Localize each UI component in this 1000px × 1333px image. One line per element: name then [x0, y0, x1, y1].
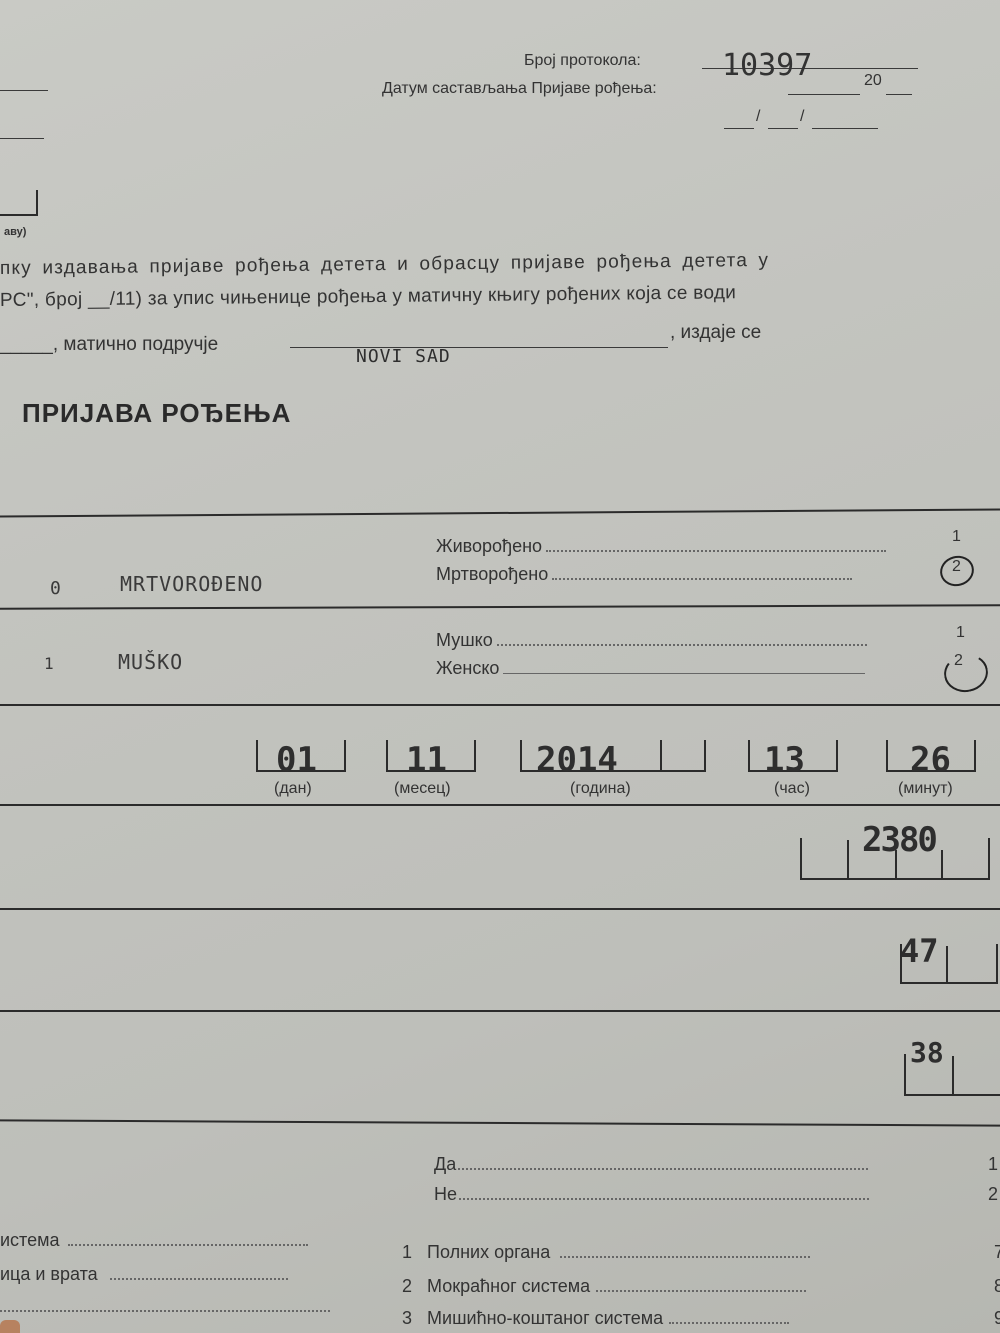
- divider-3: [0, 704, 1000, 706]
- day-value: 01: [276, 740, 317, 780]
- option-zivorodjeno[interactable]: Живорођено: [436, 536, 886, 557]
- weight-value: 2380: [862, 820, 936, 860]
- left-blank-line-2: [0, 138, 44, 139]
- month-label: (месец): [394, 780, 451, 798]
- date-slash-1: /: [756, 108, 760, 126]
- left-blank-line-1: [0, 90, 48, 91]
- intro-line-2: РС", број __/11) за упис чињенице рођења…: [0, 282, 736, 312]
- intro-line-3-prefix: _____, матично подручје: [0, 334, 218, 356]
- minute-label: (минут): [898, 780, 953, 798]
- protocol-label: Број протокола:: [524, 52, 641, 70]
- anomaly-right-2-code: 8: [994, 1276, 1000, 1297]
- gestation-cell-sep: [952, 1056, 954, 1094]
- option-zensko[interactable]: Женско: [436, 658, 865, 679]
- protocol-number: 10397: [722, 48, 812, 83]
- option-zivorodjeno-code: 1: [952, 528, 961, 546]
- day-label: (дан): [274, 780, 312, 798]
- hour-label: (час): [774, 780, 810, 798]
- birth-status-code: 0: [50, 578, 62, 599]
- option-musko[interactable]: Мушко: [436, 630, 867, 651]
- anomaly-left-3[interactable]: [0, 1296, 330, 1317]
- minute-value: 26: [910, 740, 951, 780]
- option-ne[interactable]: Не: [434, 1184, 869, 1205]
- intro-line-1: пку издавања пријаве рођења детета и обр…: [0, 250, 769, 280]
- month-value: 11: [406, 740, 447, 780]
- date-m-field[interactable]: [768, 128, 798, 129]
- orange-mark: [0, 1320, 20, 1333]
- year-label: (година): [570, 780, 631, 798]
- anomaly-right-1[interactable]: 1 Полних органа: [402, 1242, 810, 1263]
- year-value: 2014: [536, 740, 618, 780]
- date-slash-2: /: [800, 108, 804, 126]
- registry-area-underline: [290, 347, 668, 348]
- option-ne-code: 2: [988, 1184, 998, 1205]
- divider-1: [0, 509, 1000, 518]
- divider-6: [0, 1010, 1000, 1012]
- registry-area-value[interactable]: NOVI SAD: [356, 346, 451, 367]
- length-cell-sep: [946, 946, 948, 982]
- selected-circle-zensko: [941, 650, 991, 695]
- weight-cell-sep-1: [847, 840, 849, 878]
- date-y-field[interactable]: [812, 128, 878, 129]
- divider-7: [0, 1119, 1000, 1126]
- anomaly-right-3-code: 9: [994, 1308, 1000, 1329]
- date-year-prefix: 20: [864, 72, 882, 90]
- sex-code: 1: [44, 654, 55, 673]
- date-d-field[interactable]: [724, 128, 754, 129]
- hour-value: 13: [764, 740, 805, 780]
- intro-line-3-suffix: , издаје се: [670, 322, 761, 344]
- birth-status-value: MRTVOROĐENO: [120, 572, 263, 596]
- date-year-underline: [886, 94, 912, 95]
- anomaly-right-2[interactable]: 2 Мокраћног система: [402, 1276, 806, 1297]
- anomaly-left-2[interactable]: ица и врата: [0, 1264, 288, 1285]
- gestation-value: 38: [910, 1036, 944, 1069]
- option-da[interactable]: Да: [434, 1154, 868, 1175]
- form-title: ПРИЈАВА РОЂЕЊА: [22, 398, 291, 429]
- divider-5: [0, 908, 1000, 910]
- option-da-code: 1: [988, 1154, 998, 1175]
- selected-circle-mrtvorodjeno: [937, 552, 978, 590]
- divider-2: [0, 604, 1000, 609]
- date-label: Датум састављања Пријаве рођења:: [382, 80, 657, 98]
- sex-value: MUŠKO: [118, 650, 183, 674]
- anomaly-left-1[interactable]: истема: [0, 1230, 308, 1251]
- left-box-caption: аву): [4, 226, 26, 238]
- anomaly-right-3[interactable]: 3 Мишићно-коштаног система: [402, 1308, 789, 1329]
- date-day-month-underline: [788, 94, 860, 95]
- anomaly-right-1-code: 7: [994, 1242, 1000, 1263]
- year-box-divider: [660, 740, 662, 772]
- option-mrtvorodjeno[interactable]: Мртворођено: [436, 564, 852, 585]
- divider-4: [0, 804, 1000, 806]
- weight-cell-sep-3: [941, 850, 943, 878]
- left-code-box: [0, 190, 38, 216]
- option-musko-code: 1: [956, 624, 965, 642]
- length-value: 47: [900, 932, 939, 970]
